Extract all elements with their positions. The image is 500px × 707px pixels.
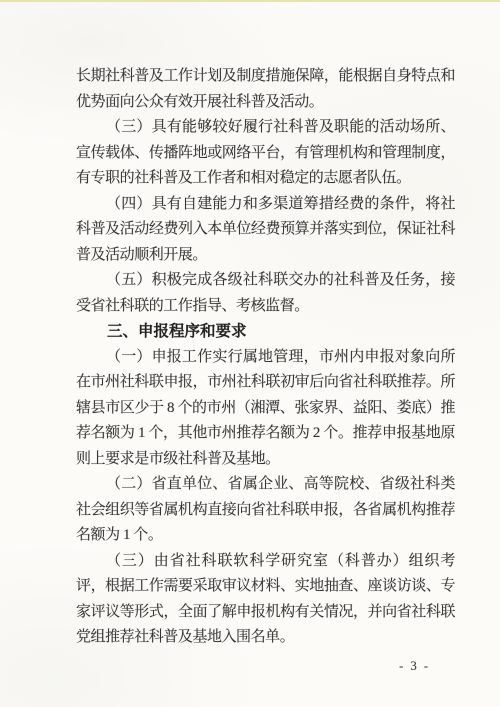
paragraph-item-3: （三）具有能够较好履行社科普及职能的活动场所、宣传载体、传播阵地或网络平台，有管…: [76, 115, 455, 192]
paragraph-item-5: （五）积极完成各级社科联交办的社科普及任务，接受省社科联的工作指导、考核监督。: [76, 268, 455, 319]
paragraph-item-4: （四）具有自建能力和多渠道筹措经费的条件，将社科普及活动经费列入本单位经费预算并…: [76, 192, 455, 269]
page-number: - 3 -: [399, 659, 430, 674]
paragraph-procedure-1: （一）申报工作实行属地管理，市州内申报对象向所在市州社科联申报，市州社科联初审后…: [76, 345, 455, 473]
section-heading: 三、申报程序和要求: [76, 319, 455, 345]
document-text-block: 长期社科普及工作计划及制度措施保障，能根据自身特点和优势面向公众有效开展社科普及…: [76, 64, 455, 651]
paragraph-procedure-2: （二）省直单位、省属企业、高等院校、省级社科类社会组织等省属机构直接向省社科联申…: [76, 472, 455, 549]
document-page: 长期社科普及工作计划及制度措施保障，能根据自身特点和优势面向公众有效开展社科普及…: [0, 0, 500, 707]
paragraph-procedure-3: （三）由省社科联软科学研究室（科普办）组织考评，根据工作需要采取审议材料、实地抽…: [76, 549, 455, 651]
paragraph-continued: 长期社科普及工作计划及制度措施保障，能根据自身特点和优势面向公众有效开展社科普及…: [76, 64, 455, 115]
scan-edge-top-line: [0, 0, 500, 2]
